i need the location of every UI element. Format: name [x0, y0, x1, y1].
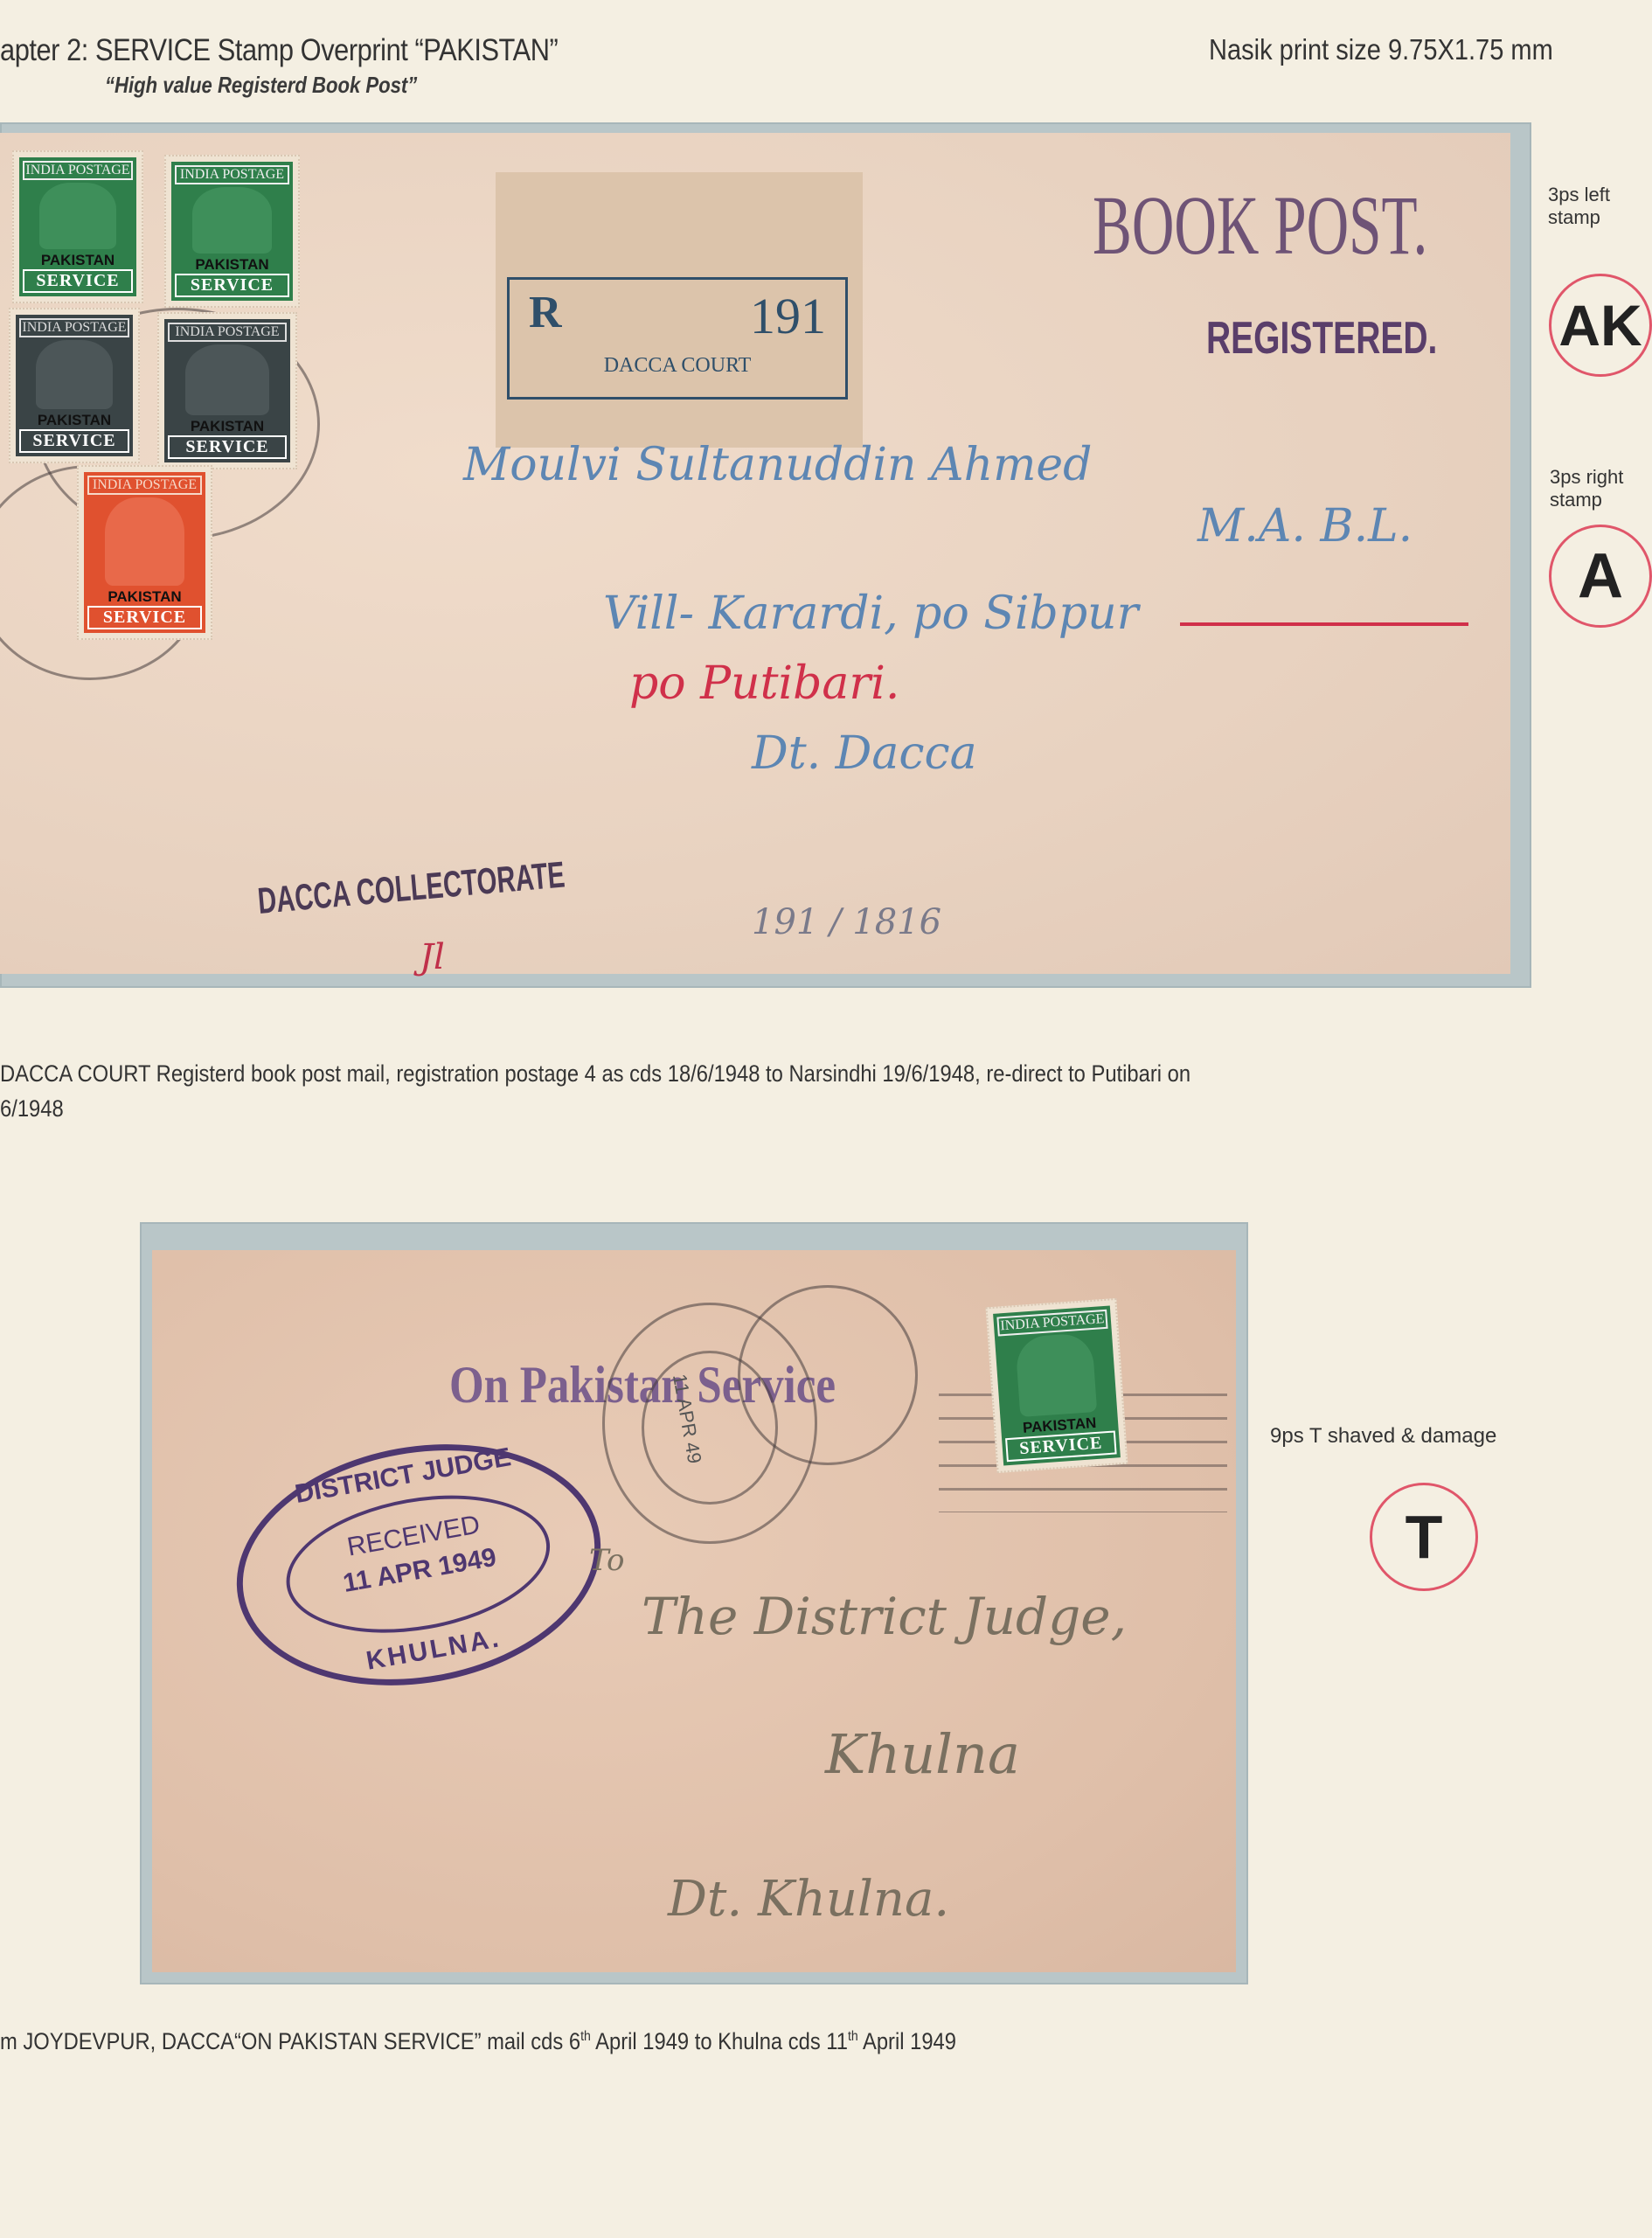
stamp-2as: INDIA POSTAGE PAKISTAN SERVICE [77, 465, 212, 640]
stamp-9ps-left: INDIA POSTAGE PAKISTAN SERVICE [12, 150, 143, 303]
cover1-mount: INDIA POSTAGE PAKISTAN SERVICE INDIA POS… [0, 122, 1531, 988]
ninepies-note: 9ps T shaved & damage [1270, 1425, 1496, 1448]
page-subtitle: “High value Registerd Book Post” [105, 72, 417, 99]
cover2-caption: m JOYDEVPUR, DACCA“ON PAKISTAN SERVICE” … [0, 2028, 956, 2055]
collectorate-cachet: DACCA COLLECTORATE [256, 853, 566, 922]
page-title: apter 2: SERVICE Stamp Overprint “PAKIST… [0, 33, 558, 68]
book-post-cachet: BOOK POST. [1093, 177, 1427, 274]
address-line: Dt. Dacca [752, 727, 977, 780]
red-note: Jl [420, 937, 445, 977]
cover1-envelope: INDIA POSTAGE PAKISTAN SERVICE INDIA POS… [0, 133, 1510, 974]
king-portrait-icon [105, 497, 185, 586]
king-portrait-icon [192, 187, 273, 254]
address-line: To [589, 1543, 625, 1578]
registration-letter: R [529, 287, 562, 338]
left-stamp-note: 3ps left stamp [1548, 184, 1644, 229]
cover1-caption: DACCA COURT Registerd book post mail, re… [0, 1060, 1190, 1088]
joydebpur-postmark [738, 1285, 918, 1465]
address-line-redirect: po Putibari. [629, 657, 899, 710]
pencil-note: 191 / 1816 [752, 902, 941, 942]
stamp-9ps: INDIA POSTAGE PAKISTAN SERVICE [986, 1298, 1128, 1473]
king-portrait-icon [39, 183, 116, 249]
king-portrait-icon [185, 344, 268, 415]
cover1-caption-cont: 6/1948 [0, 1095, 64, 1122]
address-line: The District Judge, [642, 1587, 1127, 1646]
district-judge-received-stamp: DISTRICT JUDGE RECEIVED 11 APR 1949 KHUL… [218, 1417, 621, 1713]
stamp-9ps-right: INDIA POSTAGE PAKISTAN SERVICE [164, 155, 300, 308]
king-portrait-icon [36, 340, 113, 409]
address-line: Dt. Khulna. [668, 1871, 949, 1928]
right-stamp-note: 3ps right stamp [1550, 466, 1646, 511]
registered-cachet: REGISTERED. [1206, 312, 1437, 365]
plate-flaw-t-icon: T [1370, 1483, 1478, 1591]
registration-number: 191 [750, 287, 826, 345]
registration-label: R 191 DACCA COURT [507, 277, 848, 400]
cover2-envelope: On Pakistan Service 11 APR 49 INDIA POST… [152, 1250, 1236, 1972]
address-line: Moulvi Sultanuddin Ahmed [463, 439, 1092, 491]
print-size-note: Nasik print size 9.75X1.75 mm [1209, 33, 1553, 66]
address-line: M.A. B.L. [1197, 500, 1413, 553]
stamp-3ps-right: INDIA POSTAGE PAKISTAN SERVICE [157, 312, 297, 469]
king-portrait-icon [1015, 1332, 1097, 1417]
plate-flaw-a-icon: A [1549, 525, 1652, 628]
cover2-mount: On Pakistan Service 11 APR 49 INDIA POST… [140, 1222, 1248, 1984]
address-line: Khulna [825, 1722, 1020, 1786]
strikethrough-line [1180, 622, 1468, 626]
plate-flaw-ak-icon: AK [1549, 274, 1652, 377]
registration-office: DACCA COURT [510, 354, 845, 378]
stamp-3ps-left: INDIA POSTAGE PAKISTAN SERVICE [9, 308, 140, 463]
address-line: Vill- Karardi, po Sibpur [603, 587, 1138, 640]
